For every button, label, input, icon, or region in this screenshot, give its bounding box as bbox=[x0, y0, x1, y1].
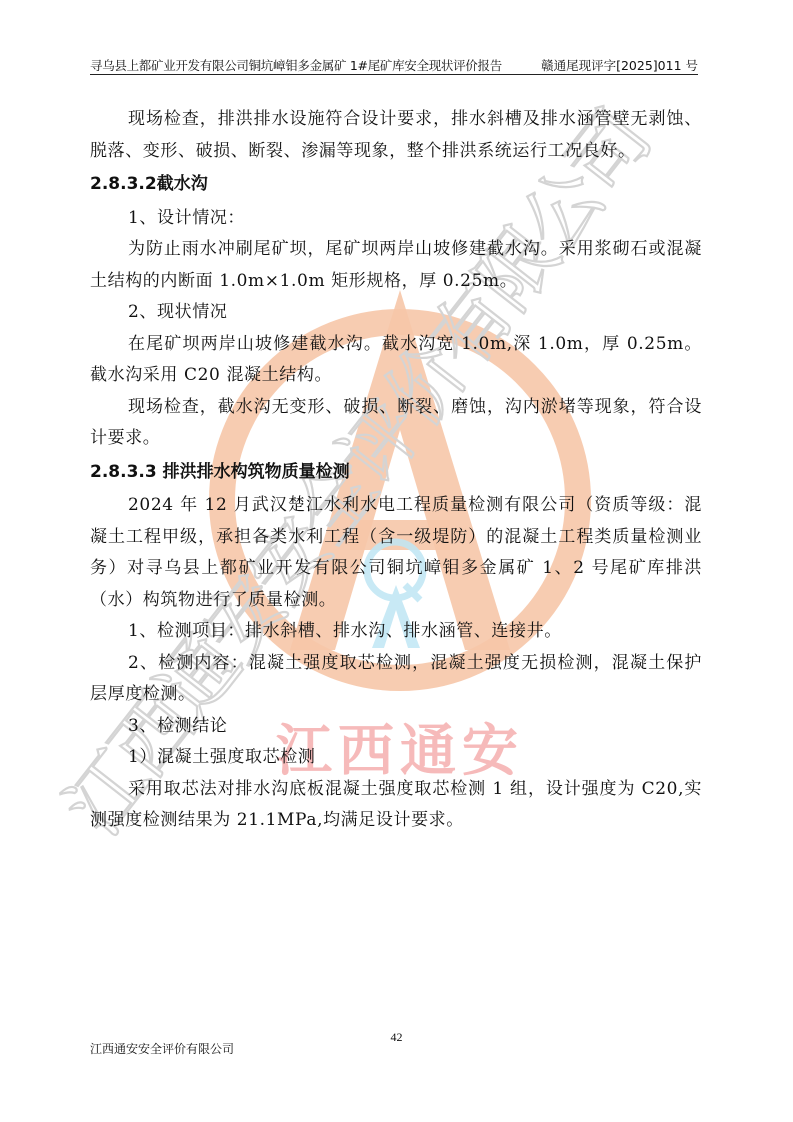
footer-company: 江西通安安全评价有限公司 bbox=[90, 1040, 234, 1057]
paragraph: 现场检查，排洪排水设施符合设计要求，排水斜槽及排水涵管壁无剥蚀、脱落、变形、破损… bbox=[90, 104, 702, 167]
paragraph: 2、现状情况 bbox=[90, 297, 702, 329]
page-header: 寻乌县上都矿业开发有限公司铜坑嶂钼多金属矿 1#尾矿库安全现状评价报告 赣通尾现… bbox=[90, 52, 698, 75]
paragraph: 现场检查，截水沟无变形、破损、断裂、磨蚀，沟内淤堵等现象，符合设计要求。 bbox=[90, 392, 702, 455]
paragraph: 2024 年 12 月武汉楚江水利水电工程质量检测有限公司（资质等级：混凝土工程… bbox=[90, 490, 702, 616]
paragraph: 3、检测结论 bbox=[90, 711, 702, 743]
paragraph: 在尾矿坝两岸山坡修建截水沟。截水沟宽 1.0m,深 1.0m，厚 0.25m。截… bbox=[90, 329, 702, 392]
section-heading: 2.8.3.3 排洪排水构筑物质量检测 bbox=[90, 457, 702, 489]
report-title: 寻乌县上都矿业开发有限公司铜坑嶂钼多金属矿 1#尾矿库安全现状评价报告 bbox=[90, 56, 502, 74]
paragraph: 2、检测内容：混凝土强度取芯检测，混凝土强度无损检测，混凝土保护层厚度检测。 bbox=[90, 648, 702, 711]
paragraph: 1）混凝土强度取芯检测 bbox=[90, 742, 702, 774]
section-heading: 2.8.3.2截水沟 bbox=[90, 169, 702, 201]
paragraph: 采用取芯法对排水沟底板混凝土强度取芯检测 1 组，设计强度为 C20,实测强度检… bbox=[90, 774, 702, 837]
paragraph: 1、检测项目：排水斜槽、排水沟、排水涵管、连接井。 bbox=[90, 616, 702, 648]
document-body: 现场检查，排洪排水设施符合设计要求，排水斜槽及排水涵管壁无剥蚀、脱落、变形、破损… bbox=[90, 104, 702, 837]
paragraph: 为防止雨水冲刷尾矿坝，尾矿坝两岸山坡修建截水沟。采用浆砌石或混凝土结构的内断面 … bbox=[90, 234, 702, 297]
document-number: 赣通尾现评字[2025]011 号 bbox=[541, 56, 698, 74]
paragraph: 1、设计情况： bbox=[90, 203, 702, 235]
